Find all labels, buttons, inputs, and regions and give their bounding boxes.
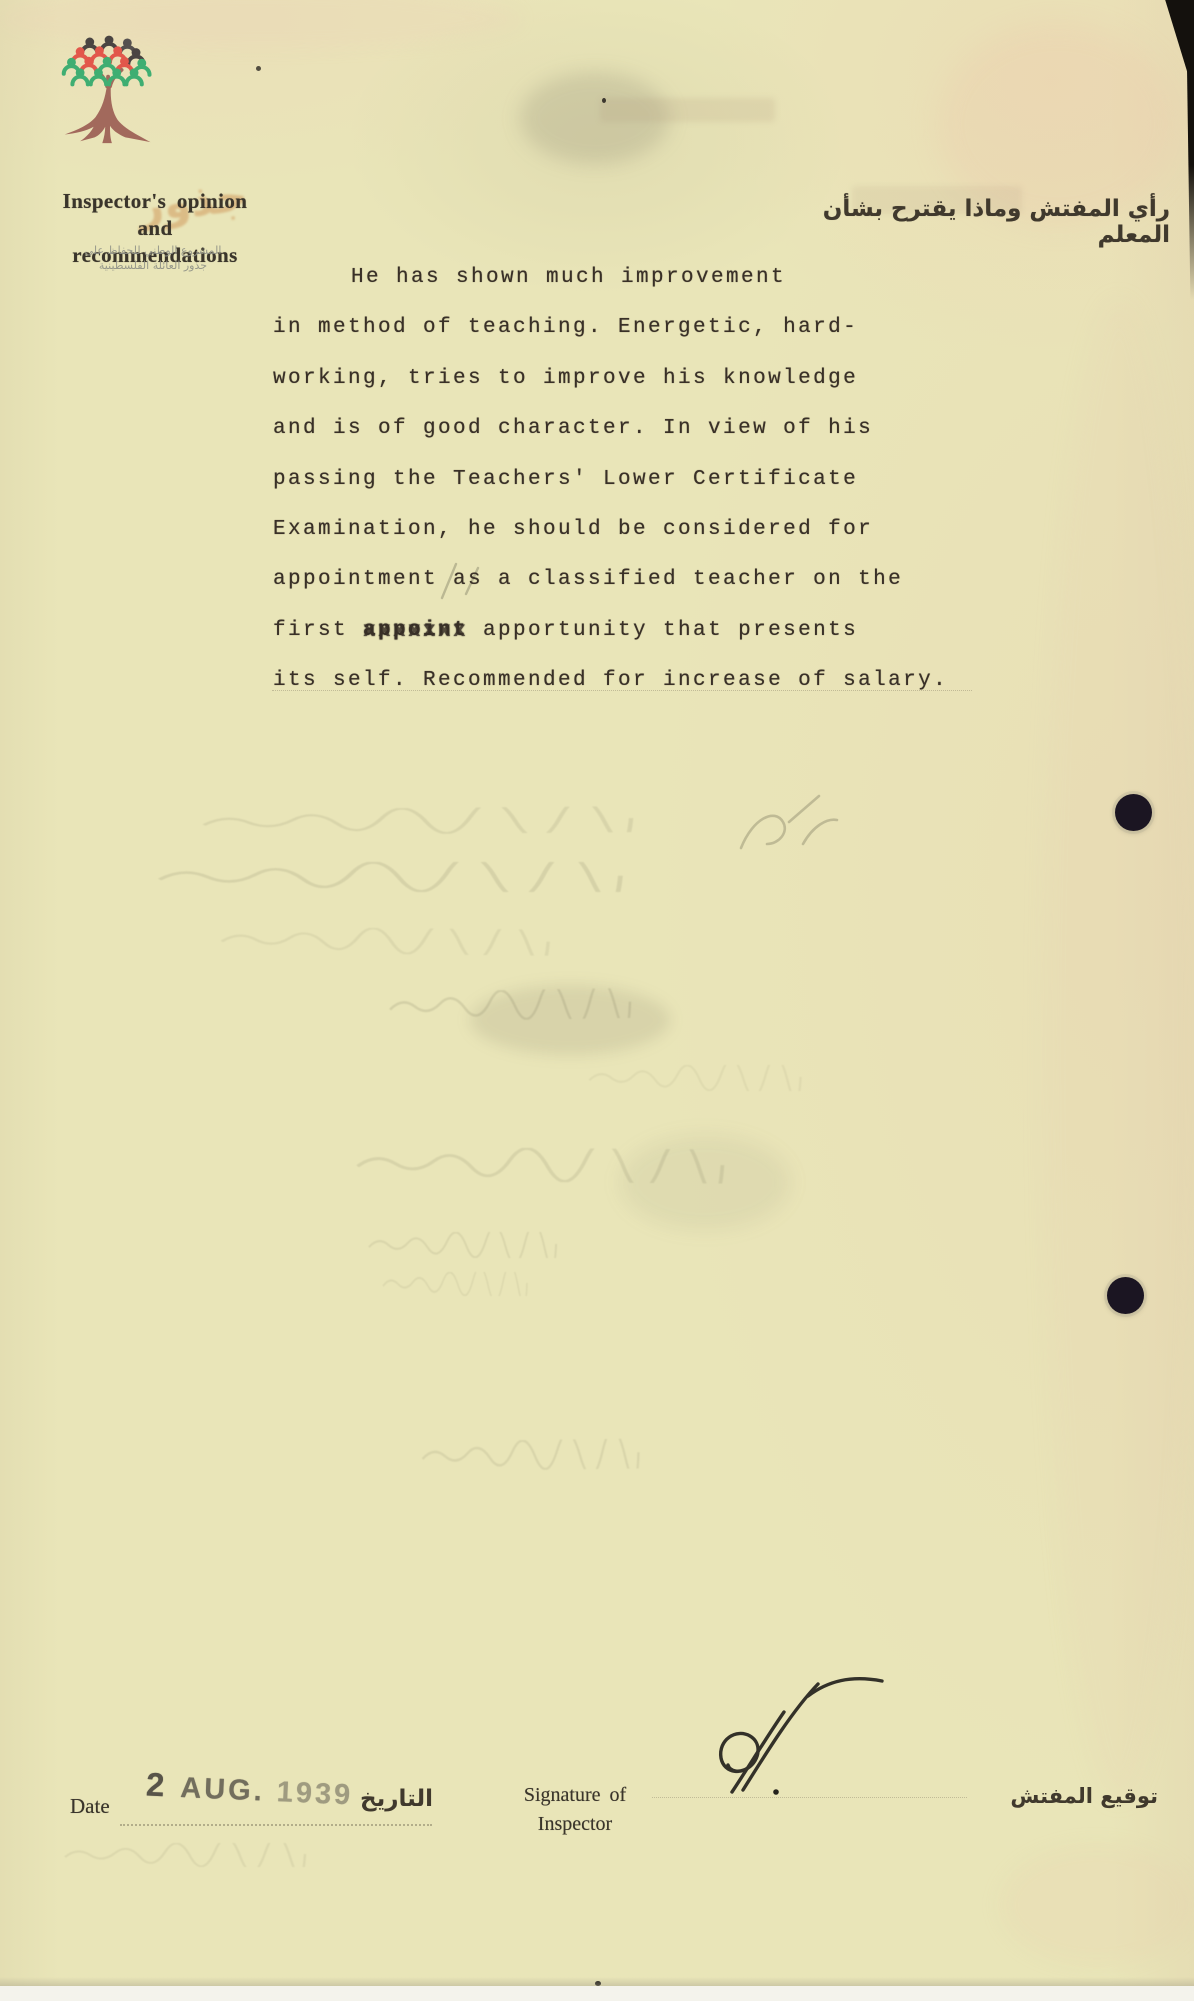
date-line	[120, 1824, 432, 1826]
typed-line: working, tries to improve his knowledge	[273, 367, 973, 417]
typed-text: apportunity that presents	[468, 619, 858, 642]
scanned-document-page: جذور Inspector's opinion and recommendat…	[0, 0, 1194, 2001]
date-stamp-day: 2	[145, 1765, 165, 1803]
watermark-org-line1: المشروع الوطني للحفاظ على	[58, 243, 248, 258]
hole-punch	[1107, 1277, 1144, 1314]
typed-line: appointment as a classified teacher on t…	[273, 568, 973, 618]
typed-line: and is of good character. In view of his	[273, 417, 973, 467]
bleed-through-mark	[418, 1438, 643, 1471]
signature-label: Signature of Inspector	[500, 1781, 650, 1839]
ink-speck	[256, 66, 261, 71]
date-stamp-year: 1939	[276, 1776, 354, 1811]
typed-line: passing the Teachers' Lower Certificate	[273, 468, 973, 518]
hole-punch	[1115, 794, 1152, 831]
typed-line: He has shown much improvement	[273, 266, 973, 316]
scan-edge	[0, 1986, 1194, 2001]
bleed-through-mark	[600, 98, 775, 122]
date-label: Date	[70, 1794, 110, 1819]
section-title-line1: Inspector's opinion and	[44, 188, 266, 242]
bleed-through-mark	[150, 862, 630, 892]
family-roots-tree-logo	[57, 30, 163, 158]
struck-word: appointxxxxxxx	[363, 619, 468, 642]
typed-line: first appointxxxxxxx apportunity that pr…	[273, 619, 973, 669]
date-label-arabic: التاريخ	[360, 1786, 433, 1812]
struck-word-overstrike: xxxxxxx	[363, 620, 468, 643]
signature-label-line2: Inspector	[500, 1810, 650, 1839]
typed-line: Examination, he should be considered for	[273, 518, 973, 568]
watermark-org-line2: جذور العائلة الفلسطينية	[58, 258, 248, 273]
typed-line: its self. Recommended for increase of sa…	[273, 669, 973, 719]
bleed-through-mark	[60, 1843, 310, 1867]
bleed-through-mark	[385, 988, 635, 1022]
signature-label-line1: Signature of	[500, 1781, 650, 1810]
bleed-through-mark	[195, 806, 640, 836]
inspector-opinion-text: He has shown much improvement in method …	[273, 266, 973, 720]
stain	[1000, 1845, 1194, 1965]
bleed-through-mark	[365, 1232, 560, 1258]
form-rule	[272, 690, 972, 691]
section-title-arabic: رأي المفتش وماذا يقترح بشأن المعلم	[810, 196, 1170, 248]
typed-text: first	[273, 619, 363, 642]
signature-label-arabic: توقيع المفتش	[1008, 1784, 1158, 1808]
typed-line: in method of teaching. Energetic, hard-	[273, 316, 973, 366]
stain	[1044, 300, 1194, 1800]
ink-speck	[602, 98, 606, 103]
bleed-through-mark	[585, 1065, 805, 1091]
bleed-through-mark	[350, 1146, 730, 1183]
page-edge-shadow	[1186, 0, 1194, 300]
bleed-through-mark	[215, 926, 555, 956]
watermark-org-name: المشروع الوطني للحفاظ على جذور العائلة ا…	[58, 243, 248, 273]
date-stamp-month: AUG.	[180, 1772, 266, 1808]
date-stamp: 2AUG.1939	[145, 1765, 354, 1812]
bleed-through-mark	[733, 778, 843, 873]
scan-edge-fade	[0, 1977, 1194, 1986]
bleed-through-mark	[380, 1272, 530, 1296]
inspector-signature	[688, 1668, 898, 1808]
